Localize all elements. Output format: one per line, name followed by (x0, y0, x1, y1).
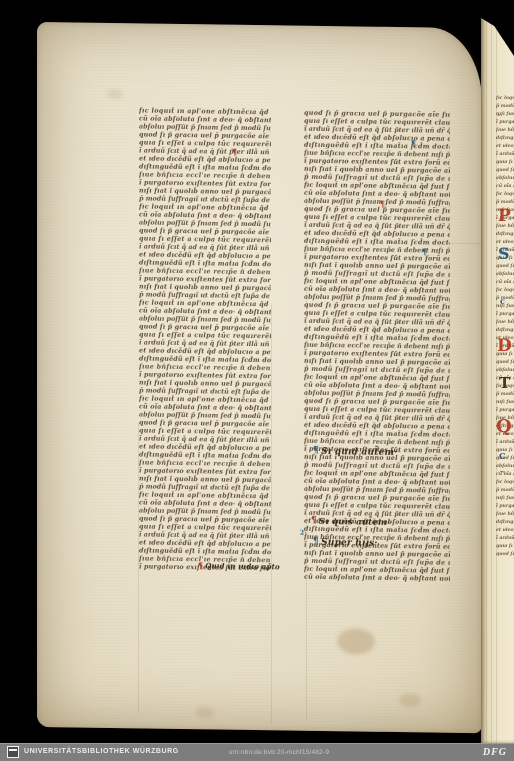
text-column-right: quod ſı p̄ gracıa uel p̄ purgacõe aı̃e f… (304, 109, 450, 585)
edge-initial: ~ (500, 468, 506, 475)
rubric-mark-red: ¶ (232, 148, 237, 156)
urn-label: urn:nbn:de:bvb:20-mchf15/482-9 (0, 749, 514, 756)
edge-initial: C (499, 452, 505, 460)
crease (271, 303, 272, 723)
stain (195, 706, 215, 718)
edge-initial: T (499, 376, 510, 391)
heading-text: Sı quıs aut̃em· (319, 518, 390, 527)
rubric-mark-blue: ¶ (411, 139, 416, 147)
stain (107, 89, 123, 99)
rubric-mark-blue: ¶ (422, 247, 427, 255)
chapter-mark-red: ¶ (311, 517, 317, 526)
chapter-mark-blue: ¶ (313, 538, 319, 547)
scan-viewer-frame: fıc loquıt̃ ın apl'one abſtınẽcıa q̄d fu… (0, 0, 514, 761)
manuscript-page: fıc loquıt̃ ın apl'one abſtınẽcıa q̄d fu… (37, 22, 482, 733)
edge-initial: c (500, 297, 505, 305)
edge-initial: P (498, 208, 511, 225)
edge-initial: S (498, 246, 510, 262)
script-line: cũ oı̃a abſoluta ſınt a deo· q̄ obſtant … (304, 573, 450, 583)
statusbar: UNIVERSITÄTSBIBLIOTHEK WÜRZBURG urn:nbn:… (0, 743, 514, 761)
margin-mark-blue: 2· (300, 531, 306, 537)
heading-text: Sı quıd aut̃em· (321, 448, 397, 458)
edge-initial: Q (496, 418, 512, 436)
dfg-logo: DFG (483, 747, 507, 758)
heading-text: Quıd ın ıudıo ap̃to (205, 562, 280, 570)
chapter-mark-blue: ¶ (313, 447, 319, 456)
text-column-left: fıc loquıt̃ ın apl'one abſtınẽcıa q̄d fu… (139, 106, 271, 574)
stain (399, 693, 421, 707)
fore-edge: fıc loquıt̃ ın apl'one abſtınẽcıa q̄d fu… (481, 16, 514, 743)
crease (446, 243, 483, 245)
edge-initial: D (497, 338, 512, 355)
heading-text: Super hıȷs· (321, 539, 378, 549)
edge-initial: – (497, 111, 501, 118)
rubric-mark-red: ¶ (380, 200, 385, 208)
stain (337, 628, 375, 655)
rubric-mark-red: ¶ (198, 561, 203, 569)
